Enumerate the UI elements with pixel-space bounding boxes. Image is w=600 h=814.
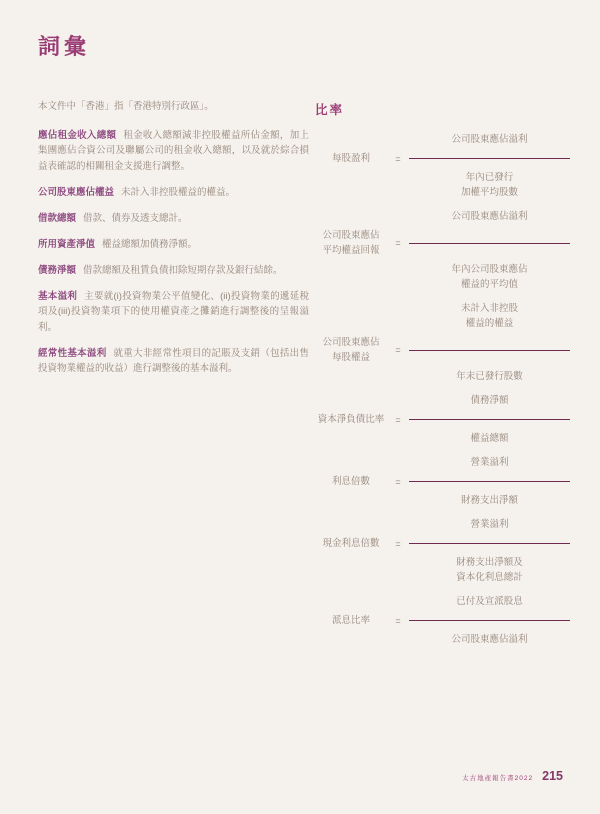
fraction-line [409, 158, 570, 159]
ratio-denominator: 年內已發行加權平均股數 [409, 166, 570, 200]
ratio-item: 公司股東應佔溢利 公司股東應佔平均權益回報 = 年內公司股東應佔權益的平均值 [315, 209, 571, 292]
ratio-denominator: 年內公司股東應佔權益的平均值 [409, 258, 570, 292]
ratio-numerator: 營業溢利 [409, 517, 570, 536]
ratio-denominator: 年末已發行股數 [409, 365, 570, 384]
ratio-label: 現金利息倍數 [315, 536, 387, 551]
definition-item: 公司股東應佔權益未計入非控股權益的權益。 [38, 185, 309, 201]
ratio-label: 利息倍數 [315, 474, 387, 489]
ratio-item: 債務淨額 資本淨負債比率 = 權益總額 [315, 393, 571, 446]
ratio-item: 營業溢利 現金利息倍數 = 財務支出淨額及資本化利息總計 [315, 517, 571, 585]
ratio-numerator: 未計入非控股權益的權益 [409, 301, 570, 335]
definitions-column: 本文件中「香港」指「香港特別行政區」。 應佔租金收入總額租金收入總額減非控股權益… [38, 99, 309, 387]
ratio-numerator: 公司股東應佔溢利 [409, 132, 570, 151]
ratios-column: 比率 公司股東應佔溢利 每股盈利 = 年內已發行加權平均股數 公司股東應佔溢利 … [315, 100, 571, 656]
fraction-line [409, 419, 570, 420]
report-name: 太古地產報告書2022 [462, 773, 533, 782]
definition-text: 權益總額加債務淨額。 [102, 239, 197, 250]
definition-term: 債務淨額 [38, 265, 76, 276]
equals-sign: = [387, 539, 409, 549]
ratio-label: 資本淨負債比率 [315, 412, 387, 427]
ratio-item: 未計入非控股權益的權益 公司股東應佔每股權益 = 年末已發行股數 [315, 301, 571, 384]
ratio-numerator: 公司股東應佔溢利 [409, 209, 570, 228]
ratio-item: 營業溢利 利息倍數 = 財務支出淨額 [315, 455, 571, 508]
definition-item: 所用資產淨值權益總額加債務淨額。 [38, 237, 309, 253]
definition-item: 債務淨額借款總額及租賃負債扣除短期存款及銀行結餘。 [38, 263, 309, 279]
glossary-page: 詞彙 本文件中「香港」指「香港特別行政區」。 應佔租金收入總額租金收入總額減非控… [0, 0, 600, 814]
ratio-label: 公司股東應佔平均權益回報 [315, 228, 387, 258]
definition-term: 經常性基本溢利 [38, 348, 107, 359]
equals-sign: = [387, 238, 409, 248]
ratio-label: 每股盈利 [315, 151, 387, 166]
page-footer: 太古地產報告書2022 215 [462, 769, 563, 783]
fraction-line [409, 481, 570, 482]
equals-sign: = [387, 345, 409, 355]
equals-sign: = [387, 415, 409, 425]
definition-item: 經常性基本溢利就重大非經常性項目的記賬及支銷（包括出售投資物業權益的收益）進行調… [38, 346, 309, 377]
definition-text: 未計入非控股權益的權益。 [121, 187, 235, 198]
intro-text: 本文件中「香港」指「香港特別行政區」。 [38, 99, 309, 115]
ratio-denominator: 財務支出淨額及資本化利息總計 [409, 551, 570, 585]
definition-text: 借款、債券及透支總計。 [83, 213, 188, 224]
definition-text: 借款總額及租賃負債扣除短期存款及銀行結餘。 [83, 265, 283, 276]
ratio-item: 已付及宣派股息 派息比率 = 公司股東應佔溢利 [315, 594, 571, 647]
definition-term: 公司股東應佔權益 [38, 187, 114, 198]
equals-sign: = [387, 154, 409, 164]
definition-text: 主要就(i)投資物業公平值變化、(ii)投資物業的遞延稅項及(iii)投資物業項… [38, 291, 309, 333]
definition-term: 基本溢利 [38, 291, 77, 302]
fraction-line [409, 543, 570, 544]
page-number: 215 [542, 769, 563, 783]
ratio-numerator: 已付及宣派股息 [409, 594, 570, 613]
definition-item: 應佔租金收入總額租金收入總額減非控股權益所佔金額，加上集團應佔合資公司及聯屬公司… [38, 128, 309, 175]
definition-term: 借款總額 [38, 213, 76, 224]
fraction-line [409, 620, 570, 621]
definition-term: 應佔租金收入總額 [38, 130, 116, 141]
definition-item: 基本溢利主要就(i)投資物業公平值變化、(ii)投資物業的遞延稅項及(iii)投… [38, 289, 309, 336]
page-title: 詞彙 [38, 30, 90, 61]
ratio-denominator: 權益總額 [409, 427, 570, 446]
ratio-label: 公司股東應佔每股權益 [315, 335, 387, 365]
ratio-denominator: 財務支出淨額 [409, 489, 570, 508]
equals-sign: = [387, 616, 409, 626]
ratio-numerator: 營業溢利 [409, 455, 570, 474]
ratio-denominator: 公司股東應佔溢利 [409, 628, 570, 647]
ratios-heading: 比率 [315, 100, 571, 118]
definition-item: 借款總額借款、債券及透支總計。 [38, 211, 309, 227]
ratio-item: 公司股東應佔溢利 每股盈利 = 年內已發行加權平均股數 [315, 132, 571, 200]
fraction-line [409, 243, 570, 244]
equals-sign: = [387, 477, 409, 487]
ratio-label: 派息比率 [315, 613, 387, 628]
ratio-numerator: 債務淨額 [409, 393, 570, 412]
fraction-line [409, 350, 570, 351]
definition-term: 所用資產淨值 [38, 239, 95, 250]
